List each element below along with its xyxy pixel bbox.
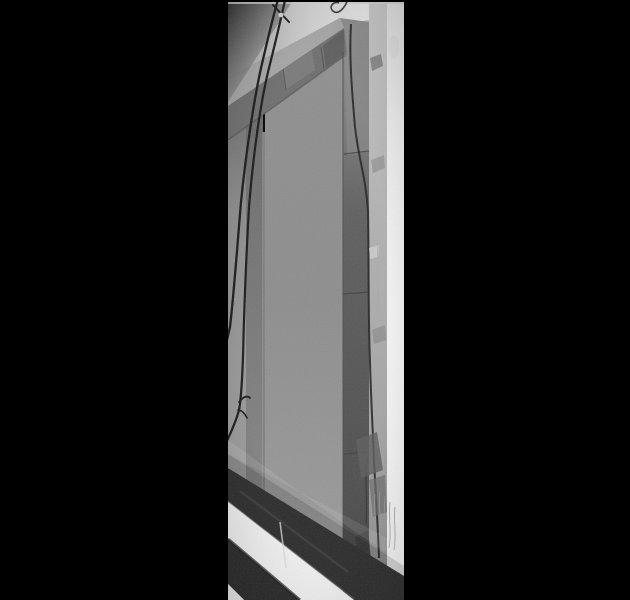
- photo-canvas: [228, 2, 404, 600]
- photograph: [228, 2, 404, 600]
- photo-overlays: [228, 2, 404, 600]
- film-grain-overlay: [228, 2, 404, 600]
- page-background: [0, 0, 630, 600]
